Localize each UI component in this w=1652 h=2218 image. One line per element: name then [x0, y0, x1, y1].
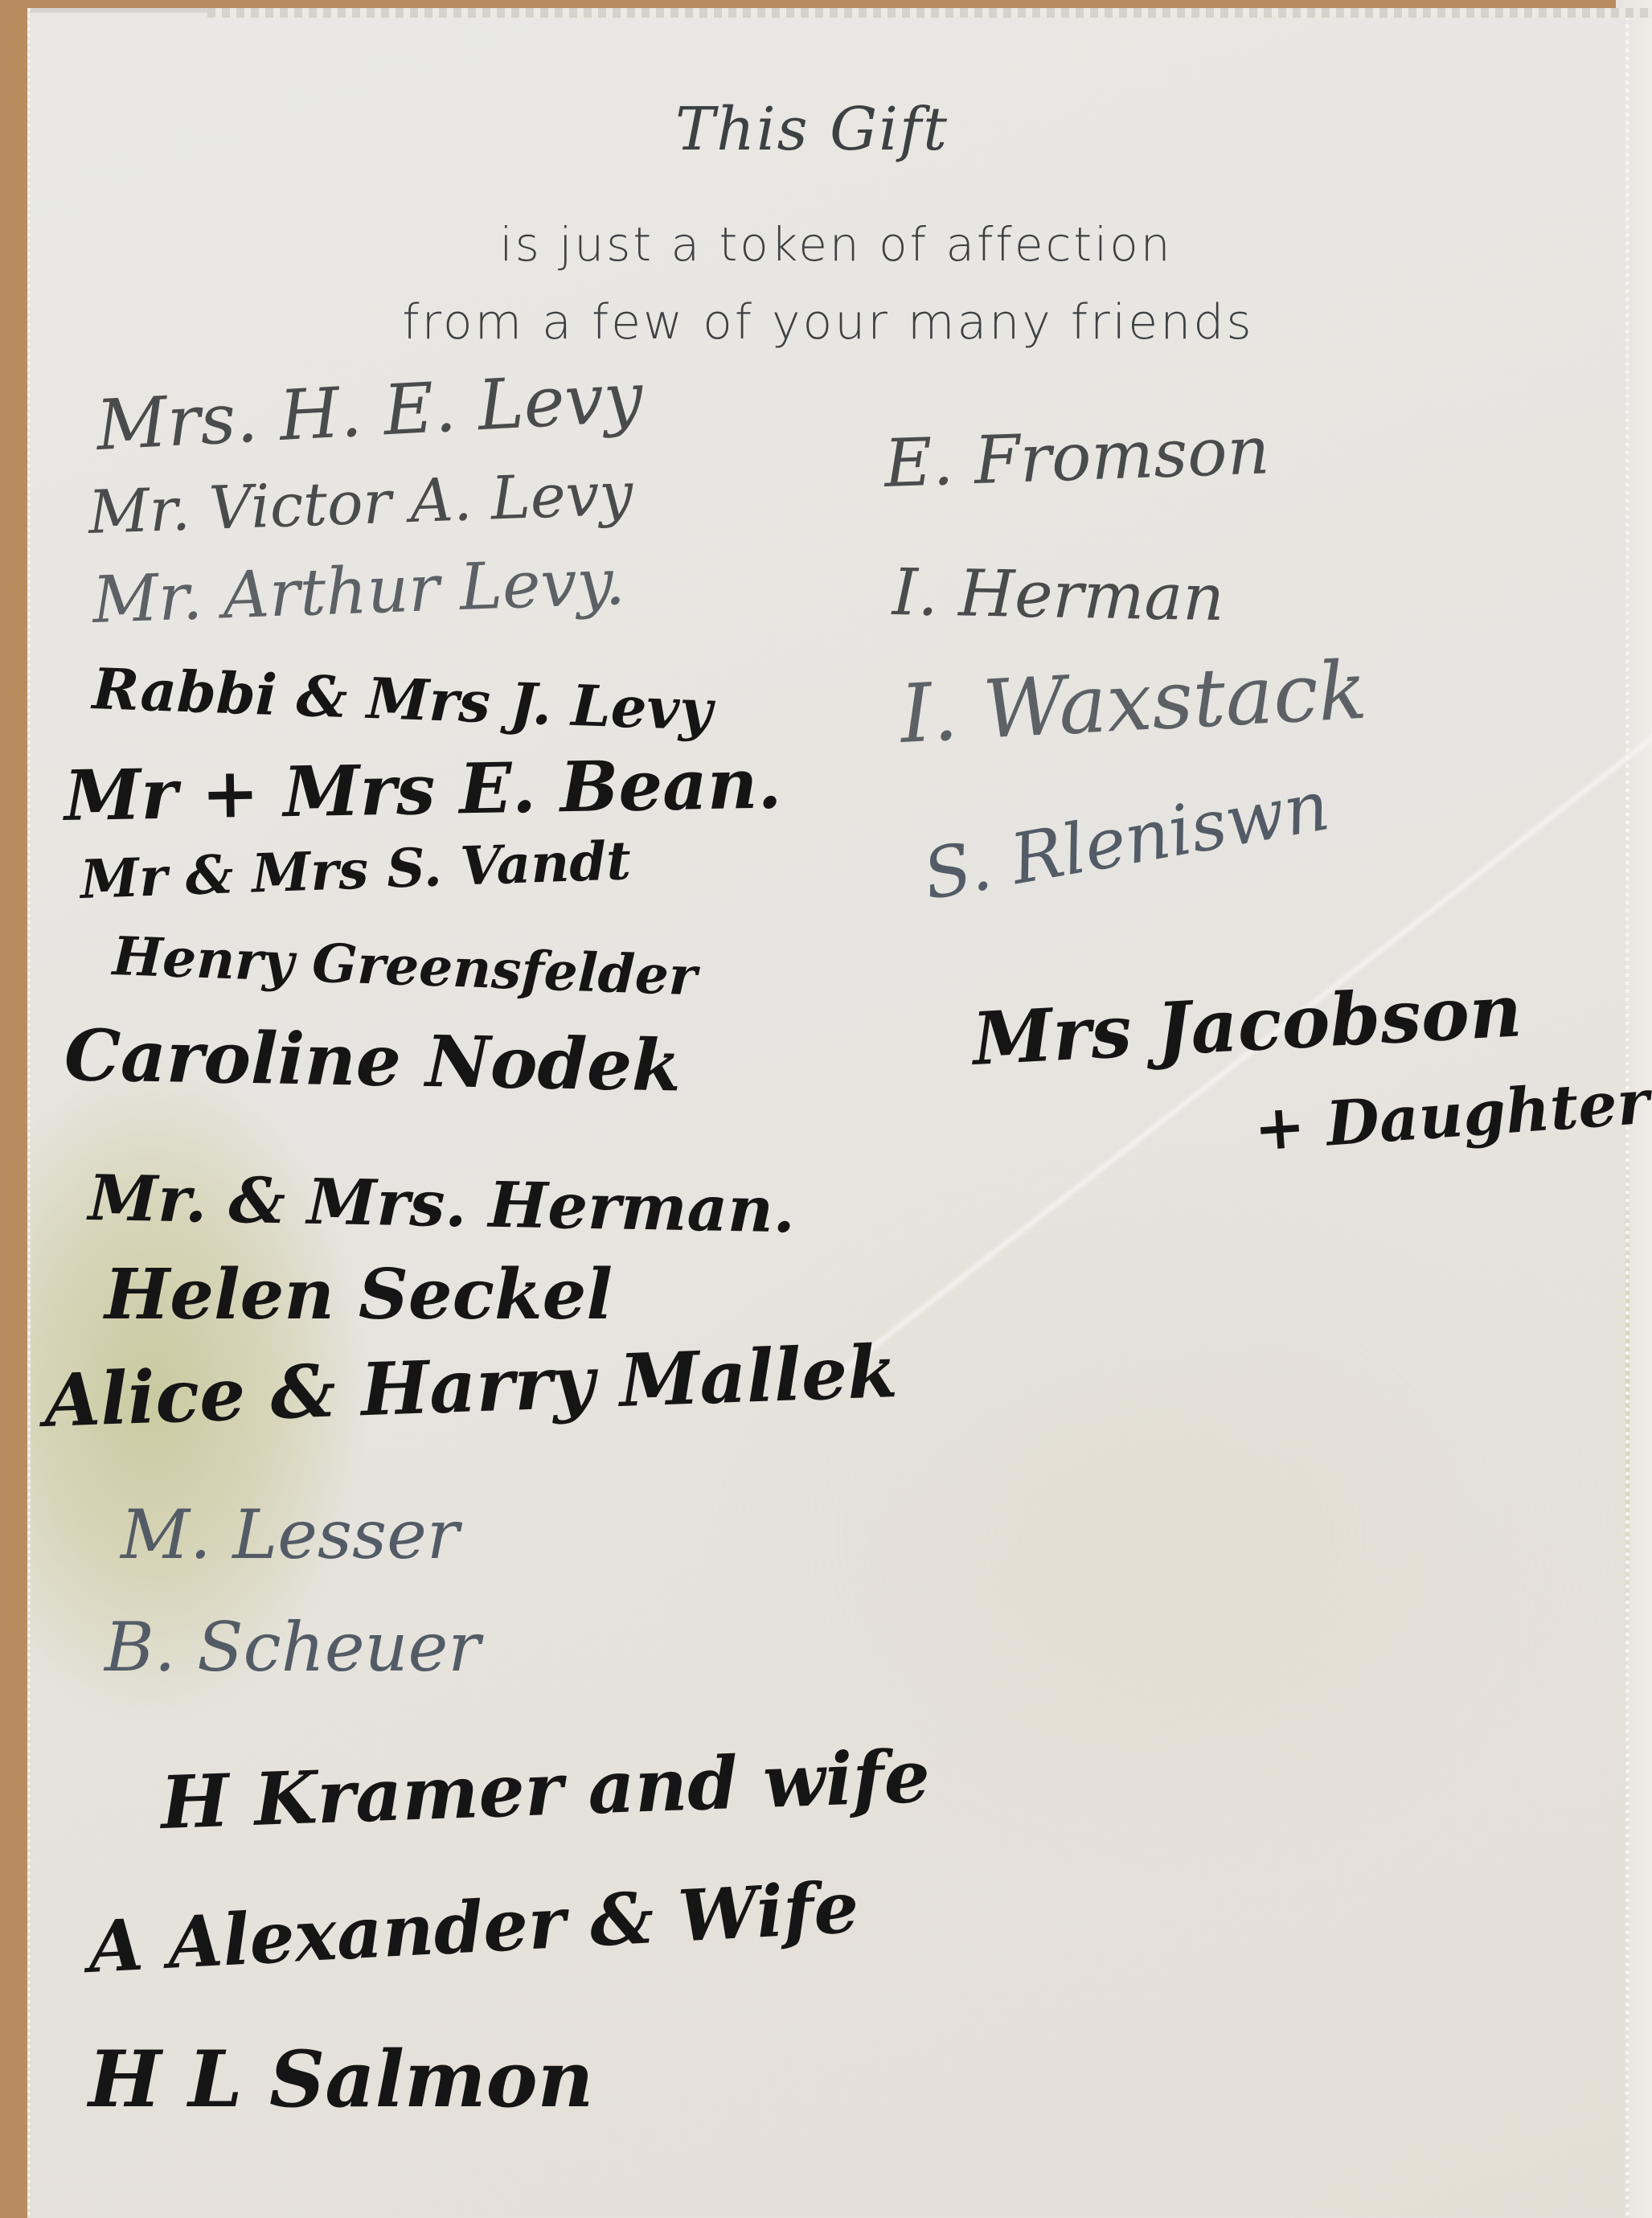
card-top-deckle-edge — [207, 8, 1652, 18]
signature-h-l-salmon: H L Salmon — [88, 2034, 593, 2125]
signature-i-herman: I. Herman — [892, 555, 1224, 635]
signature-caroline-nodek: Caroline Nodek — [64, 1013, 682, 1107]
signature-mr-mrs-herman: Mr. & Mrs. Herman. — [88, 1162, 796, 1247]
printed-title: This Gift — [563, 95, 1061, 164]
signature-e-fromson: E. Fromson — [883, 412, 1270, 502]
printed-subtitle-line-1: is just a token of affection — [322, 217, 1351, 272]
printed-subtitle-line-2: from a few of your many friends — [241, 294, 1415, 351]
signature-b-scheuer: B. Scheuer — [105, 1608, 481, 1687]
signature-m-lesser: M. Lesser — [121, 1495, 459, 1574]
signature-mr-mrs-e-bean: Mr + Mrs E. Bean. — [64, 743, 782, 837]
signature-helen-seckel: Helen Seckel — [105, 1254, 613, 1335]
